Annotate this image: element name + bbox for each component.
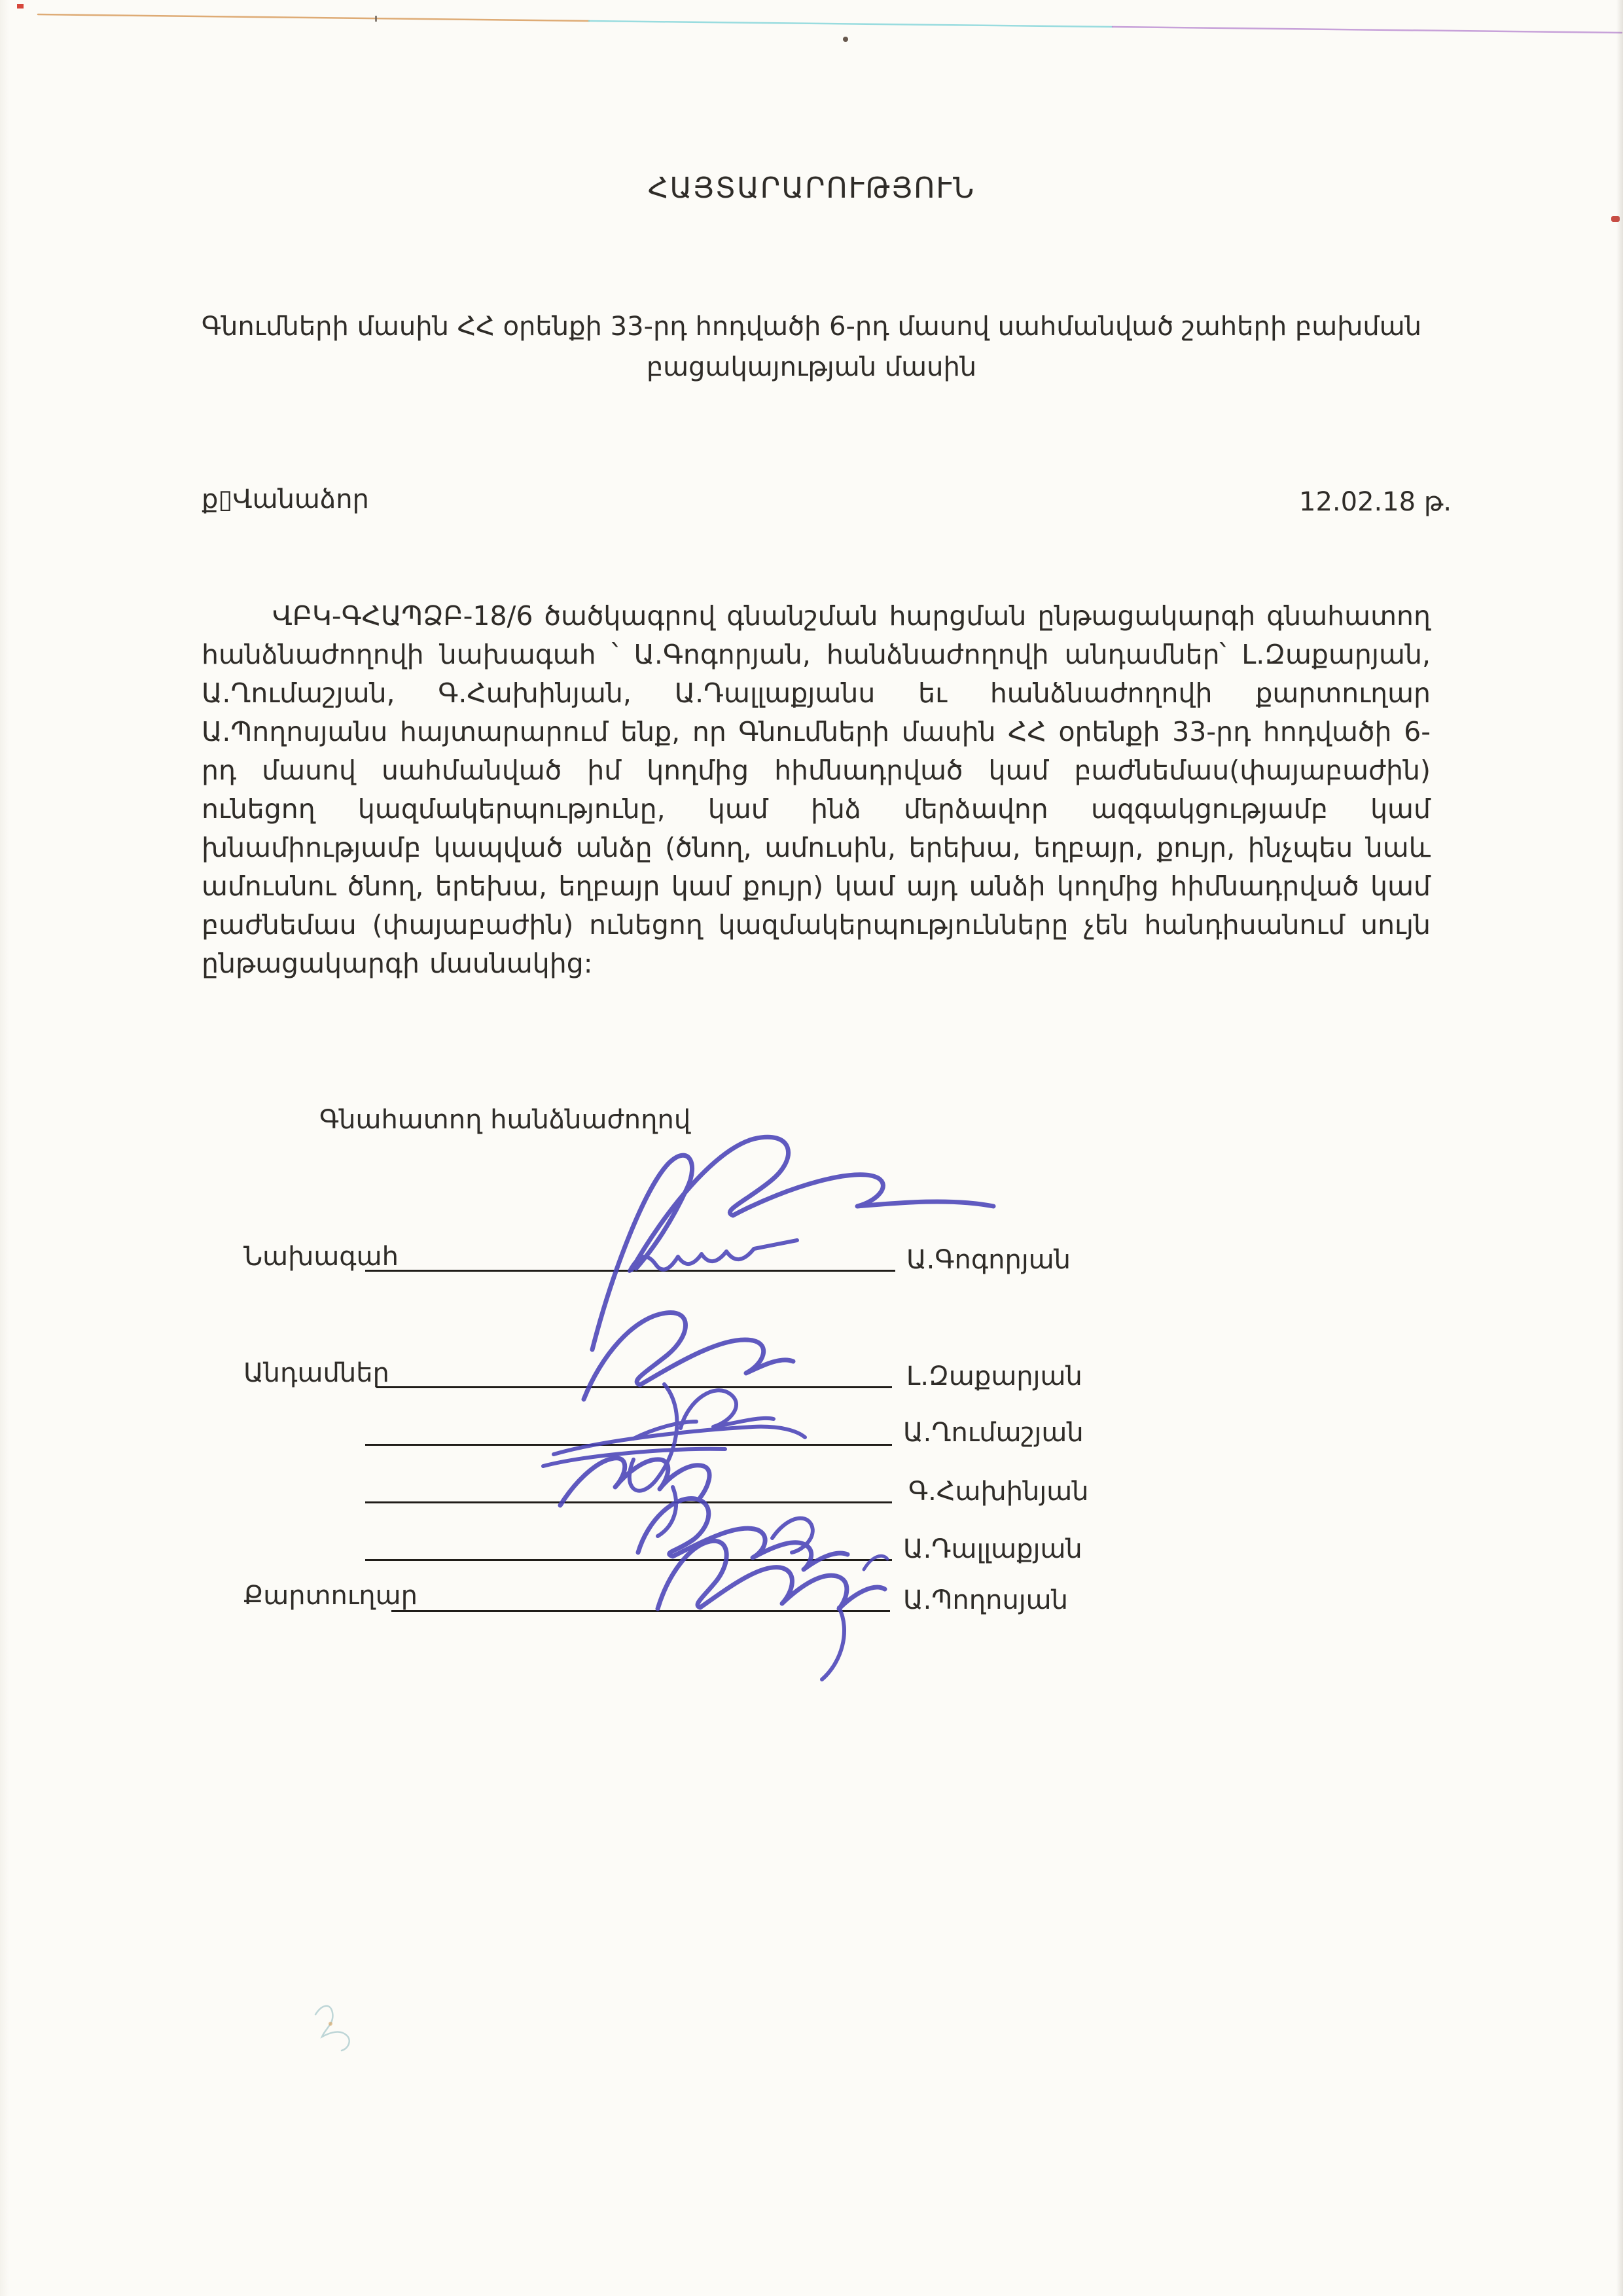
scanner-streak xyxy=(38,14,589,21)
role-label-chairman: Նախագահ xyxy=(243,1242,399,1272)
signature-ink-member-1 xyxy=(584,1313,793,1491)
signatory-name: Ա.Պողոսյան xyxy=(903,1585,1068,1615)
signatory-name: Ա.Ղումաշյան xyxy=(903,1418,1084,1448)
red-speck xyxy=(17,4,24,9)
scanned-document-page: ՀԱՅՏԱՐԱՐՈՒԹՅՈՒՆ Գնումների մասին ՀՀ օրենք… xyxy=(0,0,1623,2296)
signatory-name: Լ.Զաքարյան xyxy=(906,1361,1082,1391)
role-label-secretary: Քարտուղար xyxy=(243,1581,418,1611)
date-label: 12.02.18 թ. xyxy=(1299,487,1452,517)
document-subtitle: Գնումների մասին ՀՀ օրենքի 33-րդ հոդվածի … xyxy=(196,306,1427,387)
signatory-name: Գ.Հախինյան xyxy=(908,1477,1089,1507)
ink-smudge xyxy=(315,2006,349,2051)
signature-section-heading: Գնահատող հանձնաժողով xyxy=(319,1105,690,1135)
dark-speck xyxy=(843,37,848,42)
red-speck xyxy=(1611,216,1620,222)
signature-line xyxy=(365,1559,892,1561)
signatory-name: Ա.Գոգորյան xyxy=(906,1245,1071,1275)
signature-line xyxy=(365,1501,892,1503)
role-label-members: Անդամներ xyxy=(243,1358,389,1388)
signatory-name: Ա.Դալլաքյան xyxy=(903,1534,1082,1564)
declaration-body-text: ՎԲԿ-ԳՀԱՊՁԲ-18/6 ծածկագրով գնանշման հարցմ… xyxy=(202,597,1431,983)
place-label: ք▯Վանաձոր xyxy=(202,484,369,514)
signature-line xyxy=(391,1610,890,1612)
signature-ink-member-3 xyxy=(543,1449,725,1536)
signature-line xyxy=(365,1270,895,1272)
document-title: ՀԱՅՏԱՐԱՐՈՒԹՅՈՒՆ xyxy=(0,171,1623,205)
signature-line xyxy=(365,1444,892,1446)
signature-ink-chairman xyxy=(592,1137,993,1350)
dot-speck xyxy=(329,2022,332,2026)
signature-line xyxy=(376,1386,892,1388)
dark-speck xyxy=(375,16,377,22)
